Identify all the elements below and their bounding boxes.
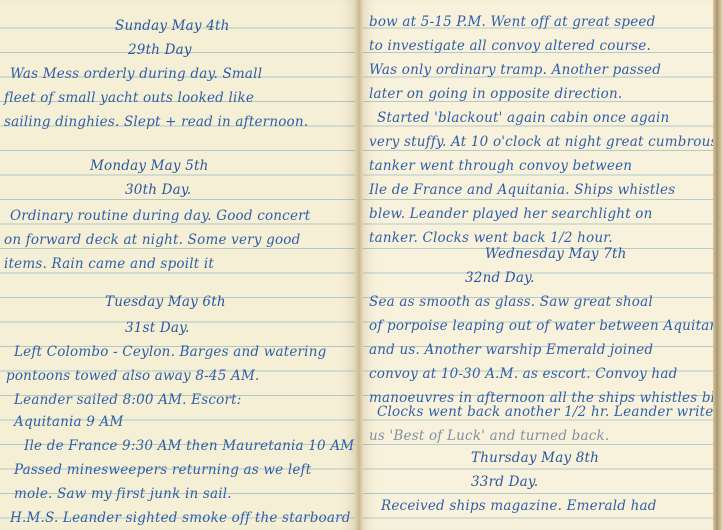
entry-heading: 30th Day. [125, 180, 191, 200]
diary-line: Passed minesweepers returning as we left [14, 460, 311, 480]
diary-line: items. Rain came and spoilt it [4, 254, 214, 274]
diary-spread: Sunday May 4th29th DayWas Mess orderly d… [0, 0, 723, 530]
right-page: bow at 5-15 P.M. Went off at great speed… [363, 0, 713, 530]
diary-line: Received ships magazine. Emerald had [381, 496, 657, 516]
diary-line: later on going in opposite direction. [369, 84, 622, 104]
book-gutter [355, 0, 363, 530]
entry-heading: 32nd Day. [465, 268, 535, 288]
diary-line: Left Colombo - Ceylon. Barges and wateri… [14, 342, 326, 362]
entry-heading: Sunday May 4th [115, 16, 230, 36]
diary-line: H.M.S. Leander sighted smoke off the sta… [10, 508, 351, 528]
diary-line: Ordinary routine during day. Good concer… [10, 206, 310, 226]
diary-line: blew. Leander played her searchlight on [369, 204, 653, 224]
diary-line: Started 'blackout' again cabin once agai… [377, 108, 669, 128]
diary-line: fleet of small yacht outs looked like [4, 88, 254, 108]
entry-heading: Wednesday May 7th [485, 244, 627, 264]
diary-line: mole. Saw my first junk in sail. [14, 484, 232, 504]
diary-line: of porpoise leaping out of water between… [369, 316, 713, 336]
entry-heading: 29th Day [128, 40, 192, 60]
diary-line: sailing dinghies. Slept + read in aftern… [4, 112, 308, 132]
entry-heading: Tuesday May 6th [105, 292, 226, 312]
diary-line: Ile de France 9:30 AM then Mauretania 10… [24, 436, 354, 456]
diary-line: Leander sailed 8:00 AM. Escort: [14, 390, 241, 410]
diary-line: and us. Another warship Emerald joined [369, 340, 653, 360]
diary-line: convoy at 10-30 A.M. as escort. Convoy h… [369, 364, 677, 384]
entry-heading: Monday May 5th [90, 156, 209, 176]
entry-heading: 31st Day. [125, 318, 190, 338]
diary-line: Clocks went back another 1/2 hr. Leander… [377, 402, 713, 422]
diary-line: Sea as smooth as glass. Saw great shoal [369, 292, 653, 312]
diary-line: Ile de France and Aquitania. Ships whist… [369, 180, 675, 200]
diary-line: us 'Best of Luck' and turned back. [369, 426, 609, 446]
diary-line: Aquitania 9 AM [14, 412, 123, 432]
diary-line: bow at 5-15 P.M. Went off at great speed [369, 12, 655, 32]
page-edge [713, 0, 723, 530]
diary-line: very stuffy. At 10 o'clock at night grea… [369, 132, 713, 152]
diary-line: Was Mess orderly during day. Small [10, 64, 262, 84]
diary-line: pontoons towed also away 8-45 AM. [6, 366, 259, 386]
entry-heading: Thursday May 8th [471, 448, 599, 468]
diary-line: Was only ordinary tramp. Another passed [369, 60, 661, 80]
diary-line: on forward deck at night. Some very good [4, 230, 300, 250]
diary-line: tanker went through convoy between [369, 156, 632, 176]
entry-heading: 33rd Day. [471, 472, 538, 492]
left-page: Sunday May 4th29th DayWas Mess orderly d… [0, 0, 355, 530]
diary-line: to investigate all convoy altered course… [369, 36, 651, 56]
